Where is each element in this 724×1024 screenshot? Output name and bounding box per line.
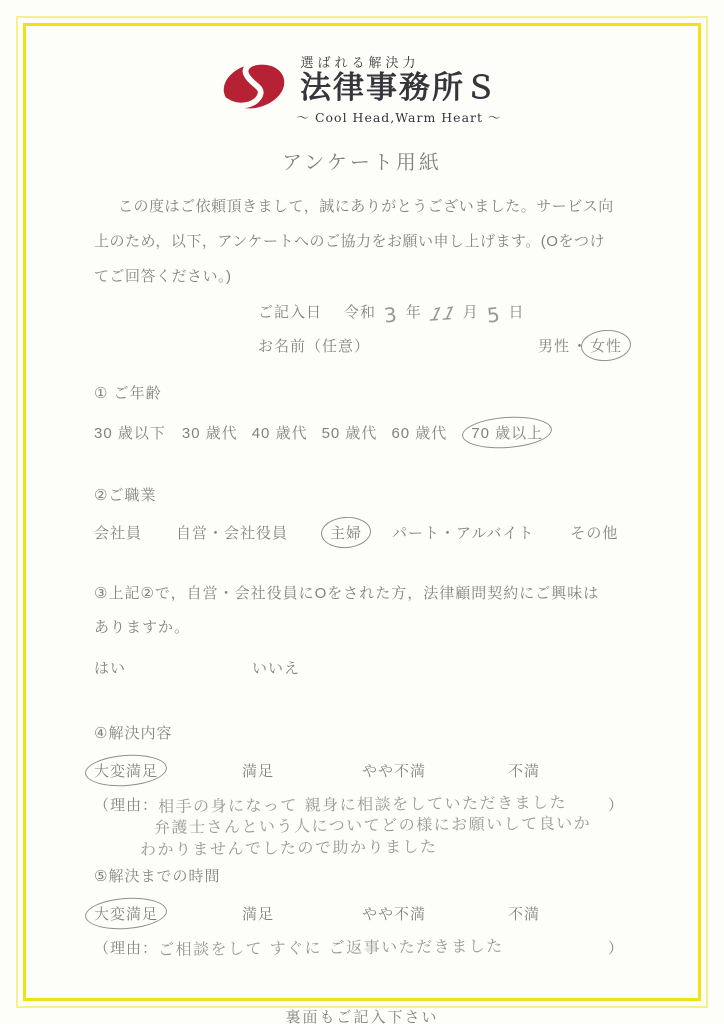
entry-date-row: ご記入日 令和 3 年 11 月 5 日 (258, 301, 630, 322)
occupation-option: パート・アルバイト (392, 522, 534, 543)
q4-rating-option: やや不満 (362, 760, 426, 781)
q5-rating-options: 大変満足 満足 やや不満 不満 (94, 903, 630, 924)
q3-option-yes: はい (94, 657, 126, 678)
year-label: 年 (406, 301, 422, 322)
occupation-option: 会社員 (94, 522, 142, 543)
q1-age-label: ① ご年齢 (94, 382, 630, 403)
age-option: 30 歳代 (182, 422, 238, 443)
q3-option-no: いいえ (252, 657, 300, 678)
handwritten-month: 11 (422, 307, 462, 323)
age-option: 30 歳以下 (94, 422, 166, 443)
q4-rating-options: 大変満足 満足 やや不満 不満 (94, 760, 630, 781)
handwritten-year: 3 (379, 307, 402, 323)
q4-rating-option: 不満 (508, 760, 540, 781)
name-label: お名前（任意） (258, 335, 370, 356)
form-title: アンケート用紙 (94, 146, 630, 175)
s-swirl-logo-icon (222, 57, 286, 120)
date-label: ご記入日 (258, 301, 322, 322)
day-label: 日 (508, 301, 524, 322)
q4-handwritten-reason-line: わかりませんでしたので助かりました (140, 834, 630, 861)
intro-line: てご回答ください。) (94, 259, 630, 294)
occupation-option: その他 (570, 522, 618, 543)
q4-rating-option: 満足 (242, 760, 274, 781)
entry-name-row: お名前（任意） 男性 ・ 女性 (258, 335, 630, 356)
q5-reason-prefix: （理由： (94, 937, 158, 958)
q4-label: ④解決内容 (94, 722, 630, 743)
q5-rating-option: 不満 (508, 903, 540, 924)
era-label: 令和 (344, 301, 376, 322)
law-office-logo: 選ばれる解決力 法律事務所Ｓ ～ Cool Head,Warm Heart ～ (94, 52, 630, 126)
q3-options: はい いいえ (94, 657, 630, 678)
q3-line: ありますか。 (94, 611, 630, 645)
gender-option-female-circled: 女性 (590, 335, 622, 356)
survey-sheet: 選ばれる解決力 法律事務所Ｓ ～ Cool Head,Warm Heart ～ … (0, 0, 724, 1024)
q4-rating-selected-circled: 大変満足 (94, 760, 158, 781)
age-option: 50 歳代 (322, 422, 378, 443)
q5-label: ⑤解決までの時間 (94, 865, 630, 886)
back-side-note: 裏面もご記入下さい (94, 1006, 630, 1024)
q4-reason-prefix: （理由： (94, 794, 158, 815)
q2-occupation-label: ②ご職業 (94, 484, 630, 505)
handwritten-day: 5 (482, 307, 505, 323)
q5-reason-row: （理由： ご相談をして すぐに ご返事いただきました ） (94, 937, 630, 960)
q2-occupation-options: 会社員 自営・会社役員 主婦 パート・アルバイト その他 (94, 522, 630, 543)
q5-handwritten-reason-line: ご相談をして すぐに ご返事いただきました (158, 933, 504, 960)
occupation-option: 自営・会社役員 (176, 522, 288, 543)
q5-rating-option: 満足 (242, 903, 274, 924)
gender-option-male: 男性 (538, 335, 570, 356)
logo-motto: ～ Cool Head,Warm Heart ～ (296, 108, 501, 126)
sheet-content: 選ばれる解決力 法律事務所Ｓ ～ Cool Head,Warm Heart ～ … (30, 30, 694, 994)
q3-line: ③上記②で，自営・会社役員にOをされた方，法律顧問契約にご興味は (94, 577, 630, 611)
q5-rating-option: やや不満 (362, 903, 426, 924)
intro-line: この度はご依頼頂きまして，誠にありがとうございました。サービス向 (94, 189, 630, 224)
occupation-option-selected-circled: 主婦 (330, 522, 362, 543)
q4-handwritten-reason-extra: 弁護士さんという人についてどの様にお願いして良いか わかりませんでしたので助かり… (154, 817, 630, 861)
intro-line: 上のため，以下，アンケートへのご協力をお願い申し上げます。(Oをつけ (94, 224, 630, 259)
q3-question-text: ③上記②で，自営・会社役員にOをされた方，法律顧問契約にご興味は ありますか。 (94, 577, 630, 645)
month-label: 月 (463, 301, 479, 322)
age-option: 60 歳代 (391, 422, 447, 443)
q5-rating-selected-circled: 大変満足 (94, 903, 158, 924)
logo-office-name: 法律事務所Ｓ (300, 71, 498, 107)
q5-reason-suffix: ） (608, 937, 624, 958)
intro-paragraph: この度はご依頼頂きまして，誠にありがとうございました。サービス向 上のため，以下… (94, 189, 630, 294)
age-option-selected-circled: 70 歳以上 (471, 422, 543, 443)
logo-text-block: 選ばれる解決力 法律事務所Ｓ ～ Cool Head,Warm Heart ～ (296, 52, 501, 126)
age-option: 40 歳代 (252, 422, 308, 443)
logo-tagline: 選ばれる解決力 (300, 52, 419, 71)
q1-age-options: 30 歳以下 30 歳代 40 歳代 50 歳代 60 歳代 70 歳以上 (94, 422, 630, 443)
gender-options: 男性 ・ 女性 (538, 335, 622, 356)
